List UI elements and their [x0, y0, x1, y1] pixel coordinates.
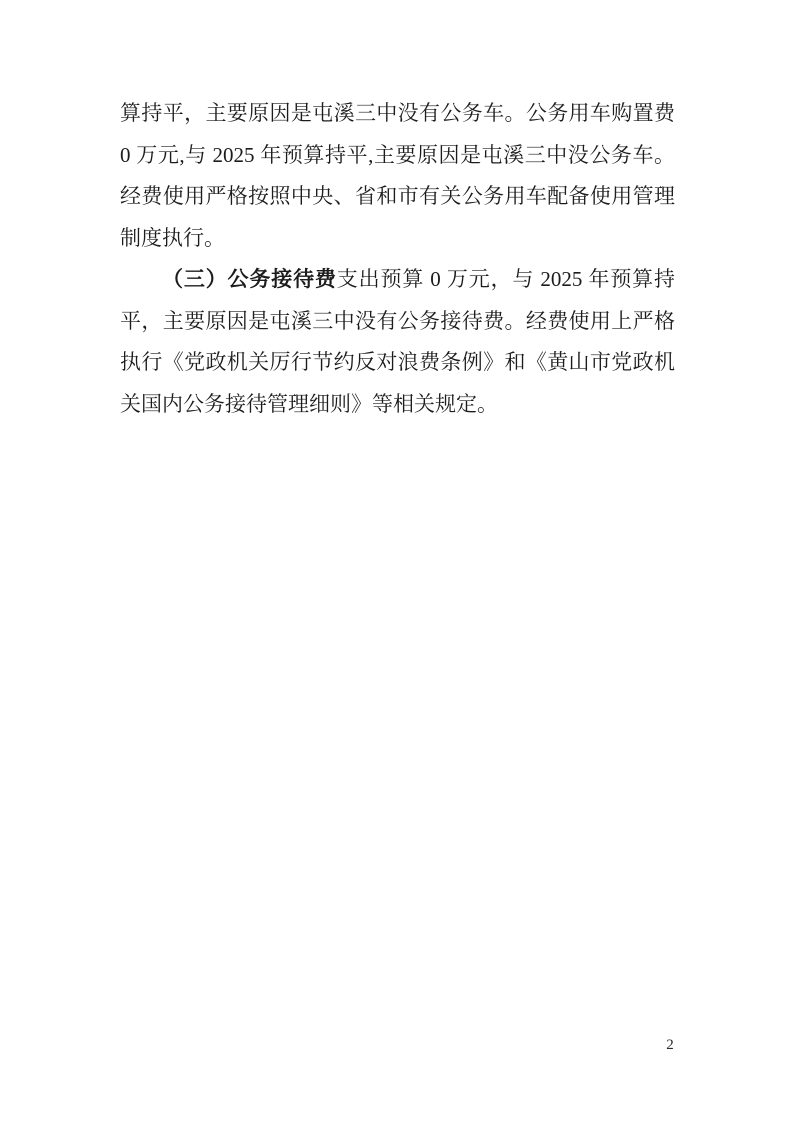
paragraph-heading-bold: （三）公务接待费	[162, 267, 337, 291]
paragraph-vehicle-expense: 算持平，主要原因是屯溪三中没有公务车。公务用车购置费 0 万元,与 2025 年…	[120, 93, 675, 259]
paragraph-text: 算持平，主要原因是屯溪三中没有公务车。公务用车购置费 0 万元,与 2025 年…	[120, 101, 675, 250]
page-number: 2	[660, 1035, 680, 1055]
paragraph-reception-expense: （三）公务接待费支出预算 0 万元，与 2025 年预算持平，主要原因是屯溪三中…	[120, 259, 675, 425]
document-body-text: 算持平，主要原因是屯溪三中没有公务车。公务用车购置费 0 万元,与 2025 年…	[120, 93, 675, 425]
document-page: 算持平，主要原因是屯溪三中没有公务车。公务用车购置费 0 万元,与 2025 年…	[0, 0, 793, 1122]
